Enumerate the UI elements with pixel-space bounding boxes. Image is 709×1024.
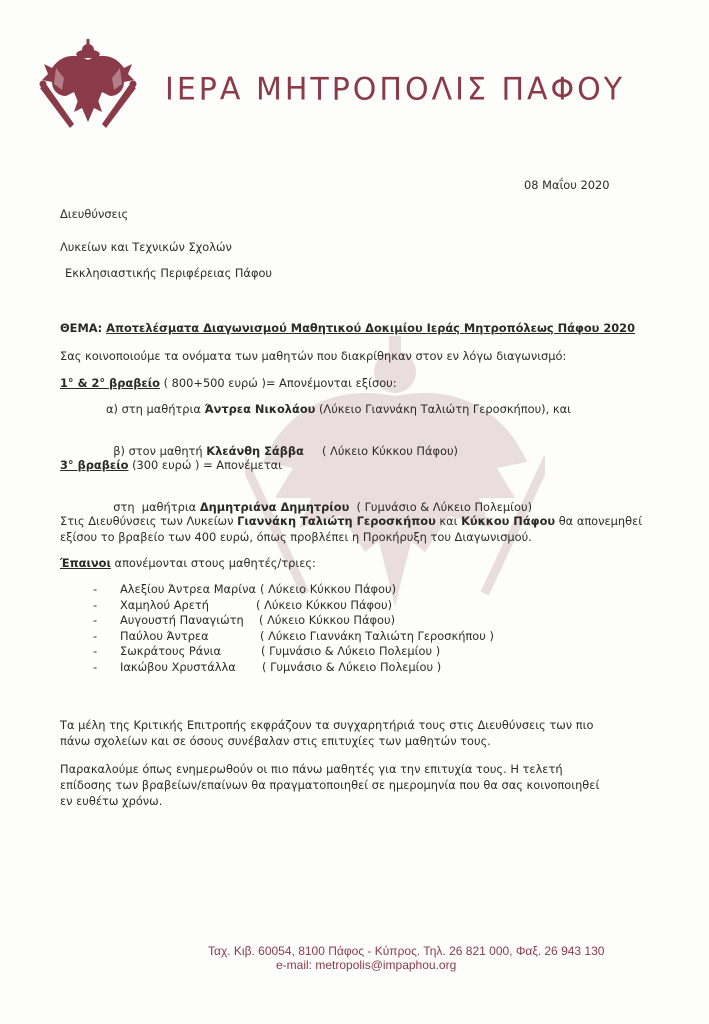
prize-3-label: 3° βραβείο	[60, 458, 128, 472]
recipient-line-2: Λυκείων και Τεχνικών Σχολών	[60, 240, 232, 254]
congrats-line-2: πάνω σχολείων και σε όσους συνέβαλαν στι…	[60, 734, 491, 748]
winner-a: α) στη μαθήτρια Άντρεα Νικολάου (Λύκειο …	[106, 402, 571, 416]
subject-line: ΘΕΜΑ: Αποτελέσματα Διαγωνισμού Μαθητικού…	[60, 321, 635, 335]
letter-date: 08 Μαΐου 2020	[524, 178, 609, 192]
request-line-1: Παρακαλούμε όπως ενημερωθούν οι πιο πάνω…	[60, 762, 563, 776]
winner-b-prefix: β) στον μαθητή	[113, 444, 206, 458]
praise-text: απονέμονται στους μαθητές/τριες:	[111, 556, 316, 570]
schools-award-text: Στις Διευθύνσεις των Λυκείων	[60, 514, 237, 528]
recipient-line-1: Διευθύνσεις	[60, 207, 128, 221]
praise-heading: Έπαινοι απονέμονται στους μαθητές/τριες:	[60, 556, 316, 570]
schools-award-line-2: εξίσου το βραβείο των 400 ευρώ, όπως προ…	[60, 530, 532, 544]
schools-award-text-end: θα απονεμηθεί	[555, 514, 642, 528]
prize-3-heading: 3° βραβείο (300 ευρώ ) = Απονέμεται	[60, 458, 282, 472]
subject-text: Αποτελέσματα Διαγωνισμού Μαθητικού Δοκιμ…	[106, 321, 635, 335]
double-headed-eagle-icon	[38, 38, 138, 130]
winner-c-prefix: στη μαθήτρια	[113, 500, 200, 514]
praise-label: Έπαινοι	[60, 556, 111, 570]
recipient-line-3: Εκκλησιαστικής Περιφέρειας Πάφου	[65, 266, 272, 280]
intro-paragraph: Σας κοινοποιούμε τα ονόματα των μαθητών …	[60, 349, 566, 363]
winner-a-prefix: α) στη μαθήτρια	[106, 402, 205, 416]
prize-1-2-heading: 1° & 2° βραβείο ( 800+500 ευρώ )= Απονέμ…	[60, 376, 397, 390]
school-2-name: Κύκκου Πάφου	[461, 514, 555, 528]
prize-1-2-label: 1° & 2° βραβείο	[60, 376, 160, 390]
request-line-2: επίδοσης των βραβείων/επαίνων θα πραγματ…	[60, 778, 599, 792]
winner-c-name: Δημητριάνα Δημητρίου	[200, 500, 349, 514]
prize-1-2-amount: ( 800+500 ευρώ )= Απονέμονται εξίσου:	[160, 376, 397, 390]
praise-student-school: ( Λύκειο Κύκκου Πάφου)	[260, 582, 396, 598]
winner-b-school: ( Λύκειο Κύκκου Πάφου)	[304, 444, 458, 458]
subject-label: ΘΕΜΑ:	[60, 321, 102, 335]
request-line-3: εν ευθέτω χρόνω.	[60, 794, 162, 808]
praise-student-school: ( Λύκειο Γιαννάκη Ταλιώτη Γεροσκήπου )	[260, 629, 494, 645]
praise-student-name: Σωκράτους Ράνια	[120, 644, 221, 660]
winner-c-school: ( Γυμνάσιο & Λύκειο Πολεμίου)	[349, 500, 532, 514]
winner-a-school: (Λύκειο Γιαννάκη Ταλιώτη Γεροσκήπου), κα…	[315, 402, 571, 416]
organization-name: ΙΕΡΑ ΜΗΤΡΟΠΟΛΙΣ ΠΑΦΟΥ	[165, 71, 625, 108]
schools-award-and: και	[436, 514, 461, 528]
praise-student-name: Αυγουστή Παναγιώτη	[120, 613, 244, 629]
winner-b-name: Κλεάνθη Σάββα	[206, 444, 304, 458]
school-1-name: Γιαννάκη Ταλιώτη Γεροσκήπου	[237, 514, 436, 528]
footer-address: Ταχ. Κιβ. 60054, 8100 Πάφος - Κύπρος. Τη…	[208, 944, 604, 958]
praise-student-name: Χαμηλού Αρετή	[120, 598, 209, 614]
prize-3-amount: (300 ευρώ ) = Απονέμεται	[128, 458, 282, 472]
winner-a-name: Άντρεα Νικολάου	[205, 402, 316, 416]
praise-student-school: ( Λύκειο Κύκκου Πάφου)	[259, 613, 395, 629]
winner-c: στη μαθήτρια Δημητριάνα Δημητρίου ( Γυμν…	[106, 486, 532, 514]
footer-email[interactable]: e-mail: metropolis@impaphou.org	[276, 958, 456, 972]
praise-student-name: Ιακώβου Χρυστάλλα	[120, 660, 236, 676]
congrats-line-1: Τα μέλη της Κριτικής Επιτροπής εκφράζουν…	[60, 718, 593, 732]
praise-student-school: ( Λύκειο Κύκκου Πάφου)	[256, 598, 392, 614]
letterhead: ΙΕΡΑ ΜΗΤΡΟΠΟΛΙΣ ΠΑΦΟΥ	[38, 38, 678, 128]
praise-student-school: ( Γυμνάσιο & Λύκειο Πολεμίου )	[262, 660, 441, 676]
praise-student-school: ( Γυμνάσιο & Λύκειο Πολεμίου )	[261, 644, 440, 660]
praise-student-name: Αλεξίου Άντρεα Μαρίνα	[120, 582, 256, 598]
winner-b: β) στον μαθητή Κλεάνθη Σάββα ( Λύκειο Κύ…	[106, 430, 458, 458]
schools-award-line-1: Στις Διευθύνσεις των Λυκείων Γιαννάκη Τα…	[60, 514, 642, 528]
praise-student-name: Παύλου Άντρεα	[120, 629, 209, 645]
